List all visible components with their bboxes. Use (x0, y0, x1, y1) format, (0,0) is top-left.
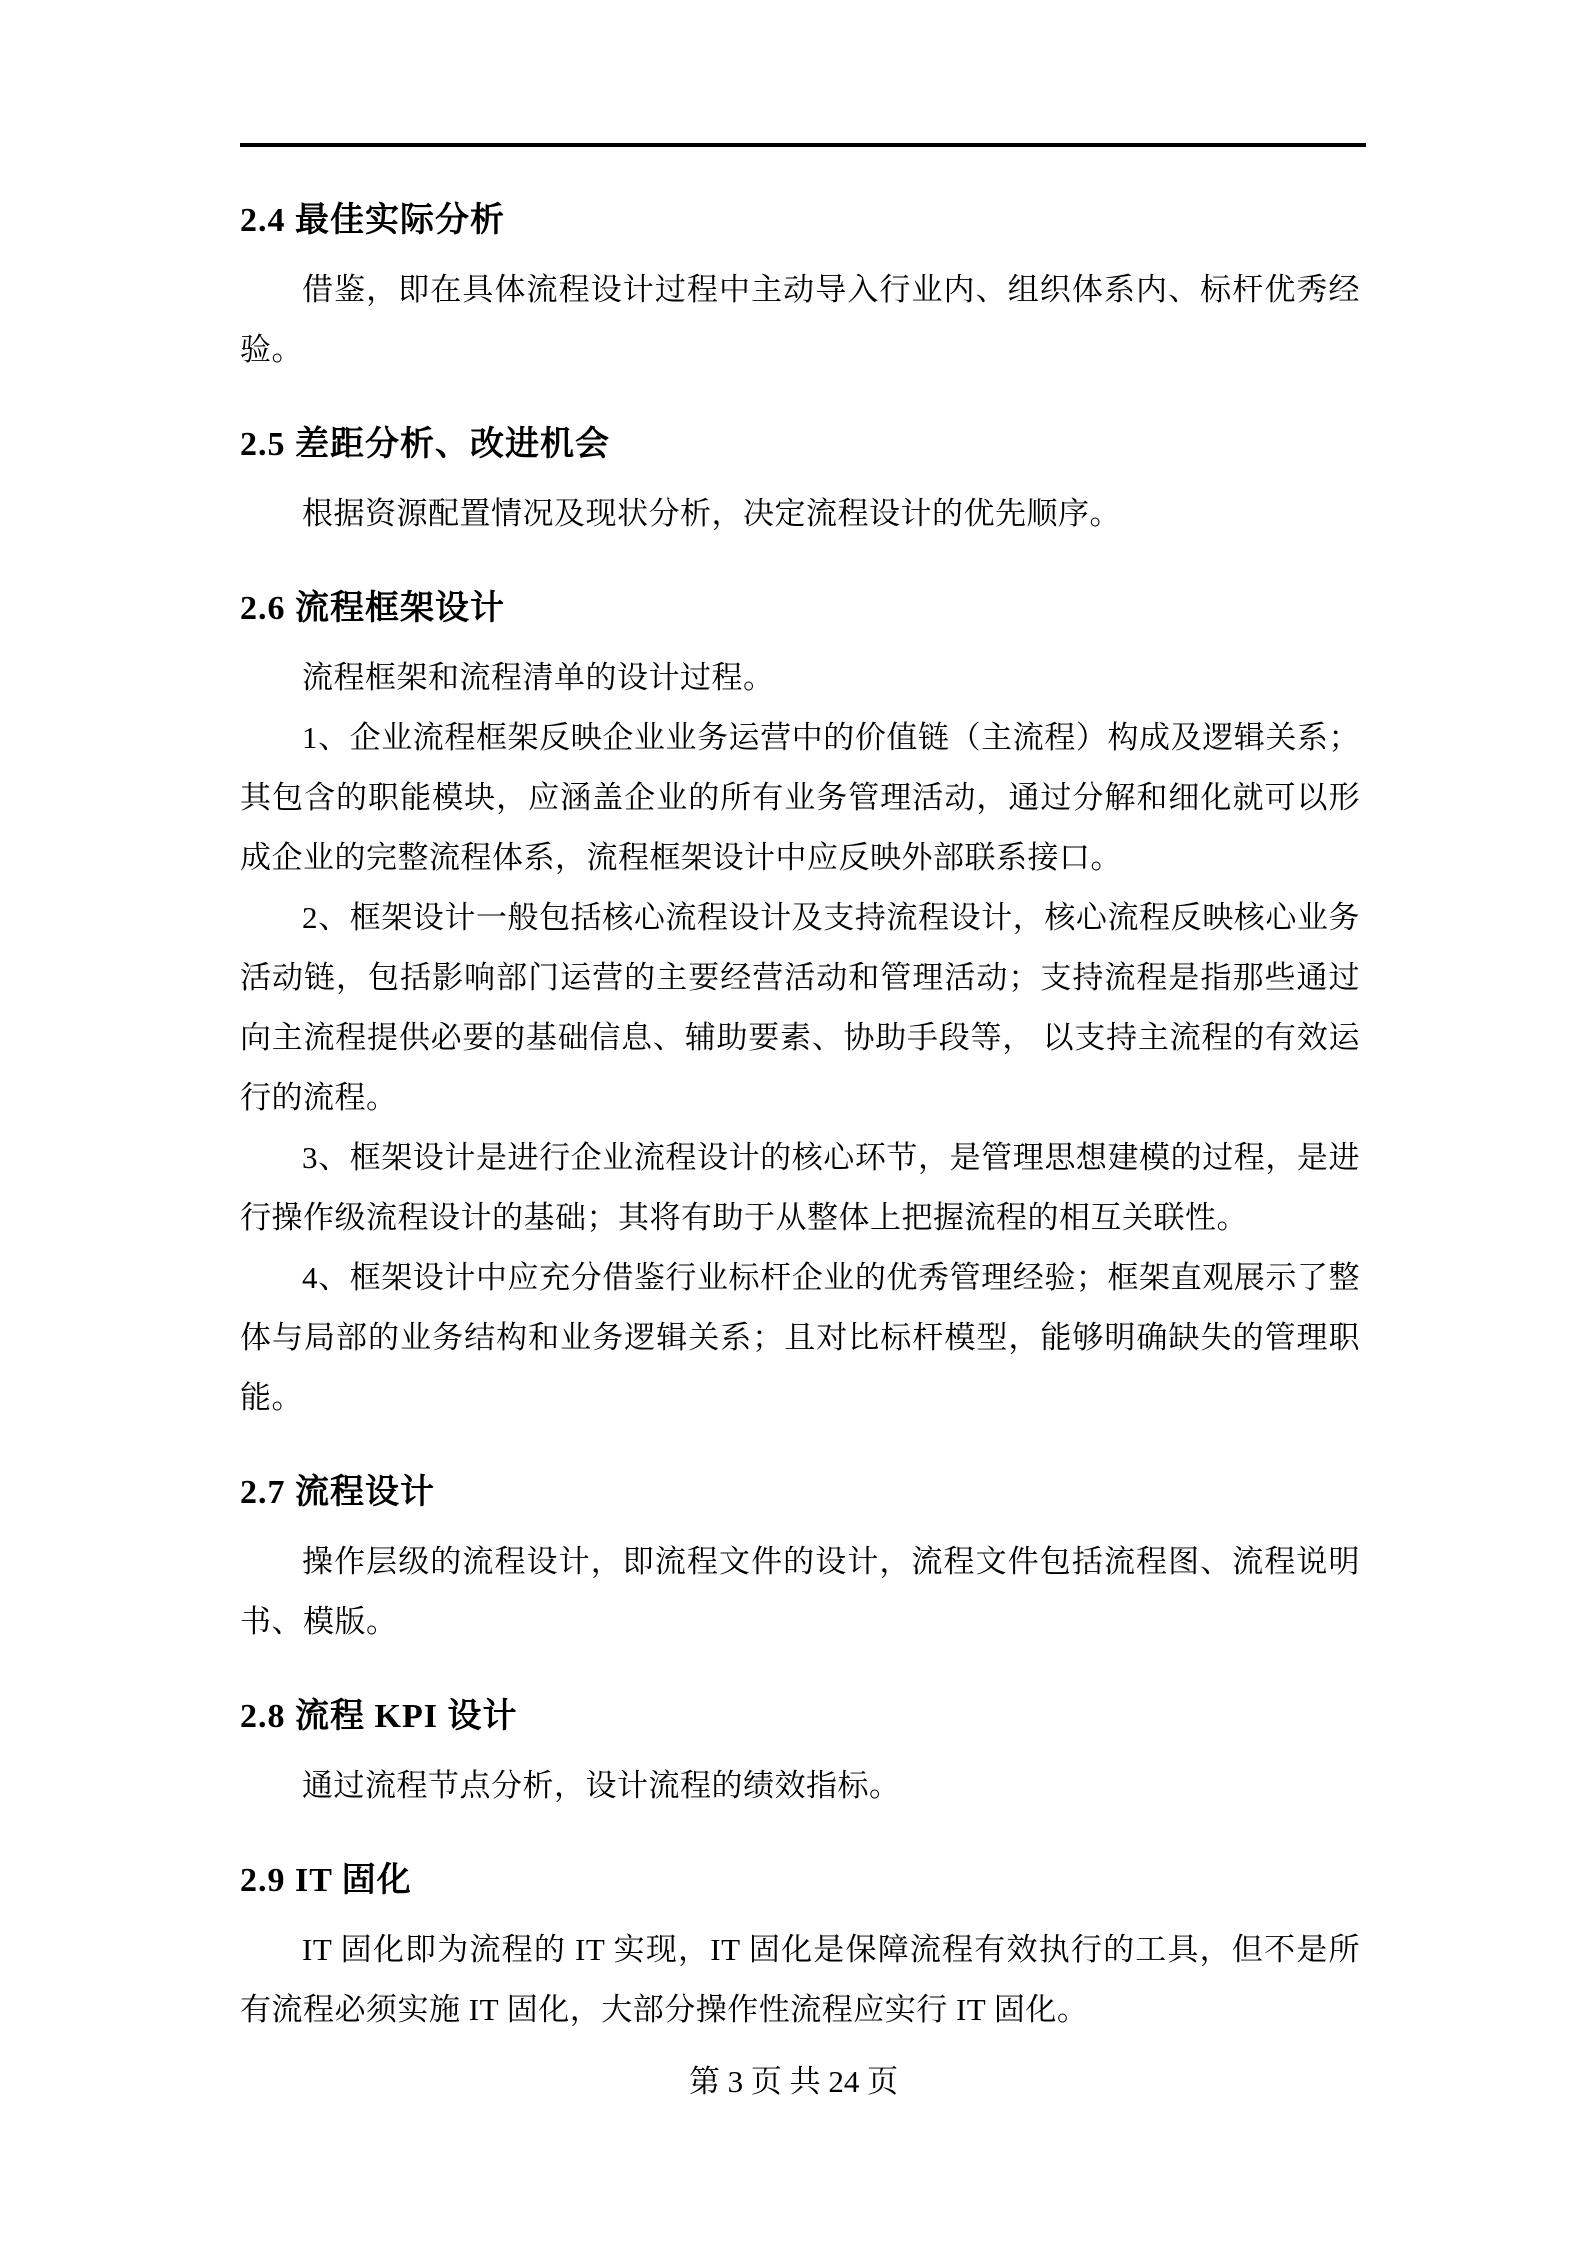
section-heading-2-9: 2.9 IT 固化 (240, 1858, 1360, 1904)
paragraph: 根据资源配置情况及现状分析，决定流程设计的优先顺序。 (240, 484, 1360, 544)
section-heading-2-7: 2.7 流程设计 (240, 1470, 1360, 1516)
header-rule (240, 143, 1366, 147)
paragraph: 3、框架设计是进行企业流程设计的核心环节，是管理思想建模的过程，是进行操作级流程… (240, 1128, 1360, 1248)
paragraph: 借鉴，即在具体流程设计过程中主动导入行业内、组织体系内、标杆优秀经验。 (240, 260, 1360, 380)
page-number: 第 3 页 共 24 页 (689, 2064, 898, 2099)
paragraph: 通过流程节点分析，设计流程的绩效指标。 (240, 1756, 1360, 1816)
section-heading-2-4: 2.4 最佳实际分析 (240, 198, 1360, 244)
paragraph: 2、框架设计一般包括核心流程设计及支持流程设计，核心流程反映核心业务活动链，包括… (240, 888, 1360, 1128)
section-heading-2-6: 2.6 流程框架设计 (240, 586, 1360, 632)
document-body: 2.4 最佳实际分析 借鉴，即在具体流程设计过程中主动导入行业内、组织体系内、标… (240, 156, 1360, 2040)
paragraph: 4、框架设计中应充分借鉴行业标杆企业的优秀管理经验；框架直观展示了整体与局部的业… (240, 1248, 1360, 1428)
document-page: 2.4 最佳实际分析 借鉴，即在具体流程设计过程中主动导入行业内、组织体系内、标… (0, 0, 1587, 2245)
paragraph: 操作层级的流程设计，即流程文件的设计，流程文件包括流程图、流程说明书、模版。 (240, 1532, 1360, 1652)
paragraph: IT 固化即为流程的 IT 实现，IT 固化是保障流程有效执行的工具，但不是所有… (240, 1920, 1360, 2040)
paragraph: 1、企业流程框架反映企业业务运营中的价值链（主流程）构成及逻辑关系；其包含的职能… (240, 708, 1360, 888)
section-heading-2-5: 2.5 差距分析、改进机会 (240, 422, 1360, 468)
paragraph: 流程框架和流程清单的设计过程。 (240, 648, 1360, 708)
section-heading-2-8: 2.8 流程 KPI 设计 (240, 1694, 1360, 1740)
page-footer: 第 3 页 共 24 页 (0, 2062, 1587, 2102)
